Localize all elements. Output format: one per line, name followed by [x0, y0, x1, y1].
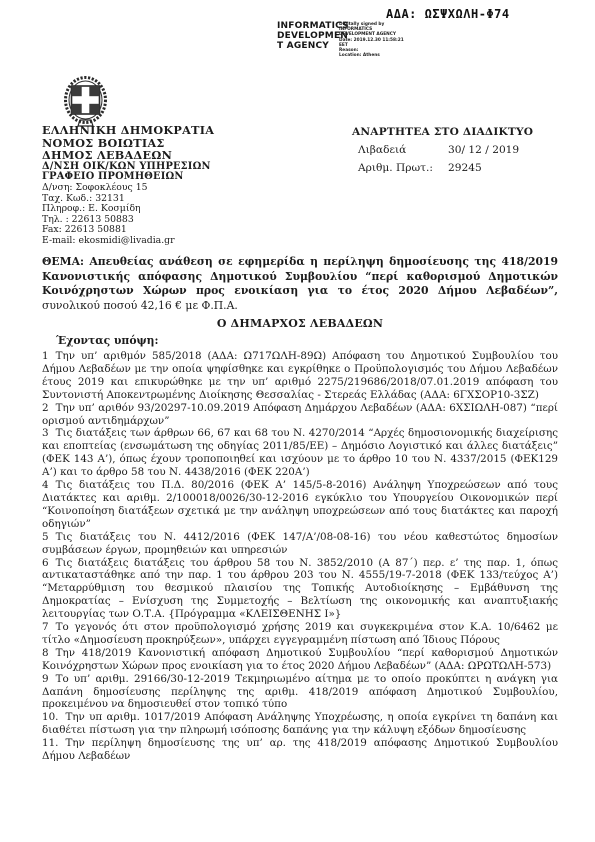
item-text: Την περίληψη δημοσίευσης της υπ’ αρ. της…: [42, 737, 558, 762]
signature-detail-line: Location: Athens: [339, 53, 409, 58]
having-regard-label: Έχοντας υπόψη:: [42, 335, 558, 347]
digital-signature-block: INFORMATICS DEVELOPMEN T AGENCY Digitall…: [277, 21, 409, 58]
item-text: Την 418/2019 Κανονιστική απόφαση Δημοτικ…: [42, 647, 558, 672]
list-item: 10.Την υπ αριθμ. 1017/2019 Απόφαση Ανάλη…: [42, 711, 558, 737]
list-item: 3Τις διατάξεις των άρθρων 66, 67 και 68 …: [42, 427, 558, 479]
list-item: 8Την 418/2019 Κανονιστική απόφαση Δημοτι…: [42, 647, 558, 673]
subject-normal-text: συνολικού ποσού 42,16 € με Φ.Π.Α.: [42, 299, 238, 312]
signature-agency-line: T AGENCY: [277, 41, 335, 51]
item-number: 7: [42, 621, 56, 633]
document-body: ΘΕΜΑ: Απευθείας ανάθεση σε εφημερίδα η π…: [42, 255, 558, 763]
sender-municipality: ΔΗΜΟΣ ΛΕΒΑΔΕΩΝ: [42, 149, 292, 162]
item-number: 6: [42, 557, 56, 569]
protocol-label: Αριθμ. Πρωτ.:: [352, 162, 448, 174]
list-item: 11.Την περίληψη δημοσίευσης της υπ’ αρ. …: [42, 737, 558, 763]
list-item: 5Τις διατάξεις του Ν. 4412/2016 (ΦΕΚ 147…: [42, 531, 558, 557]
protocol-header-block: ΑΝΑΡΤΗΤΕΑ ΣΤΟ ΔΙΑΔΙΚΤΥΟ Λιβαδειά 30/ 12 …: [352, 126, 562, 174]
item-number: 5: [42, 531, 56, 543]
subject-paragraph: ΘΕΜΑ: Απευθείας ανάθεση σε εφημερίδα η π…: [42, 255, 558, 313]
greek-national-emblem-icon: [62, 75, 109, 128]
sender-email: E-mail: ekosmidi@livadia.gr: [42, 236, 292, 247]
list-item: 2Την υπ’ αριθόν 93/20297-10.09.2019 Απόφ…: [42, 402, 558, 428]
ada-number: ΑΔΑ: ΩΣΨΧΩΛΗ-Φ74: [386, 7, 510, 21]
item-text: Τις διατάξεις διατάξεις του άρθρου 58 το…: [42, 557, 558, 621]
list-item: 4Τις διατάξεις του Π.Δ. 80/2016 (ΦΕΚ Α’ …: [42, 479, 558, 531]
item-text: Τις διατάξεις των άρθρων 66, 67 και 68 τ…: [42, 427, 558, 478]
signature-agency-name: INFORMATICS DEVELOPMEN T AGENCY: [277, 21, 335, 58]
item-text: Το υπ’ αριθμ. 29166/30-12-2019 Τεκμηριωμ…: [42, 673, 558, 711]
list-item: 9Το υπ’ αριθμ. 29166/30-12-2019 Τεκμηριω…: [42, 673, 558, 712]
item-number: 1: [42, 350, 56, 362]
item-text: Την υπ αριθμ. 1017/2019 Απόφαση Ανάληψης…: [42, 711, 558, 736]
document-page: ΑΔΑ: ΩΣΨΧΩΛΗ-Φ74 INFORMATICS DEVELOPMEN …: [0, 0, 595, 842]
list-item: 1Την υπ’ αριθμόν 585/2018 (ΑΔΑ: Ω717ΩΛΗ-…: [42, 350, 558, 402]
list-item: 7Το γεγονός ότι στον προϋπολογισμό χρήση…: [42, 621, 558, 647]
date-line: Λιβαδειά 30/ 12 / 2019: [352, 144, 562, 156]
item-text: Το γεγονός ότι στον προϋπολογισμό χρήσης…: [42, 621, 558, 646]
sender-republic: ΕΛΛΗΝΙΚΗ ΔΗΜΟΚΡΑΤΙΑ: [42, 124, 292, 137]
signature-agency-line: DEVELOPMEN: [277, 31, 335, 41]
list-item: 6Τις διατάξεις διατάξεις του άρθρου 58 τ…: [42, 557, 558, 622]
signature-agency-line: INFORMATICS: [277, 21, 335, 31]
item-number: 3: [42, 427, 56, 439]
city-name: Λιβαδειά: [352, 144, 448, 156]
having-regard-list: 1Την υπ’ αριθμόν 585/2018 (ΑΔΑ: Ω717ΩΛΗ-…: [42, 350, 558, 763]
signature-detail-line: Date: 2019.12.30 11:58:21: [339, 38, 409, 43]
mayor-title: Ο ΔΗΜΑΡΧΟΣ ΛΕΒΑΔΕΩΝ: [42, 317, 558, 330]
internet-publication-label: ΑΝΑΡΤΗΤΕΑ ΣΤΟ ΔΙΑΔΙΚΤΥΟ: [352, 126, 562, 138]
item-number: 4: [42, 479, 56, 491]
sender-header-block: ΕΛΛΗΝΙΚΗ ΔΗΜΟΚΡΑΤΙΑ ΝΟΜΟΣ ΒΟΙΩΤΙΑΣ ΔΗΜΟΣ…: [42, 124, 292, 247]
sender-address: Δ/νση: Σοφοκλέους 15: [42, 183, 292, 194]
protocol-line: Αριθμ. Πρωτ.: 29245: [352, 162, 562, 174]
item-number: 10.: [42, 711, 65, 723]
document-date: 30/ 12 / 2019: [448, 144, 519, 156]
signature-details: Digitally signed by INFORMATICS DEVELOPM…: [339, 21, 409, 58]
item-number: 9: [42, 673, 56, 685]
item-number: 2: [42, 402, 56, 414]
item-text: Την υπ’ αριθόν 93/20297-10.09.2019 Απόφα…: [42, 402, 558, 427]
item-number: 11.: [42, 737, 65, 749]
subject-bold-text: ΘΕΜΑ: Απευθείας ανάθεση σε εφημερίδα η π…: [42, 255, 558, 297]
item-text: Την υπ’ αριθμόν 585/2018 (ΑΔΑ: Ω717ΩΛΗ-8…: [42, 350, 558, 401]
item-text: Τις διατάξεις του Ν. 4412/2016 (ΦΕΚ 147/…: [42, 531, 558, 556]
protocol-number: 29245: [448, 162, 482, 174]
item-text: Τις διατάξεις του Π.Δ. 80/2016 (ΦΕΚ Α’ 1…: [42, 479, 558, 530]
item-number: 8: [42, 647, 56, 659]
